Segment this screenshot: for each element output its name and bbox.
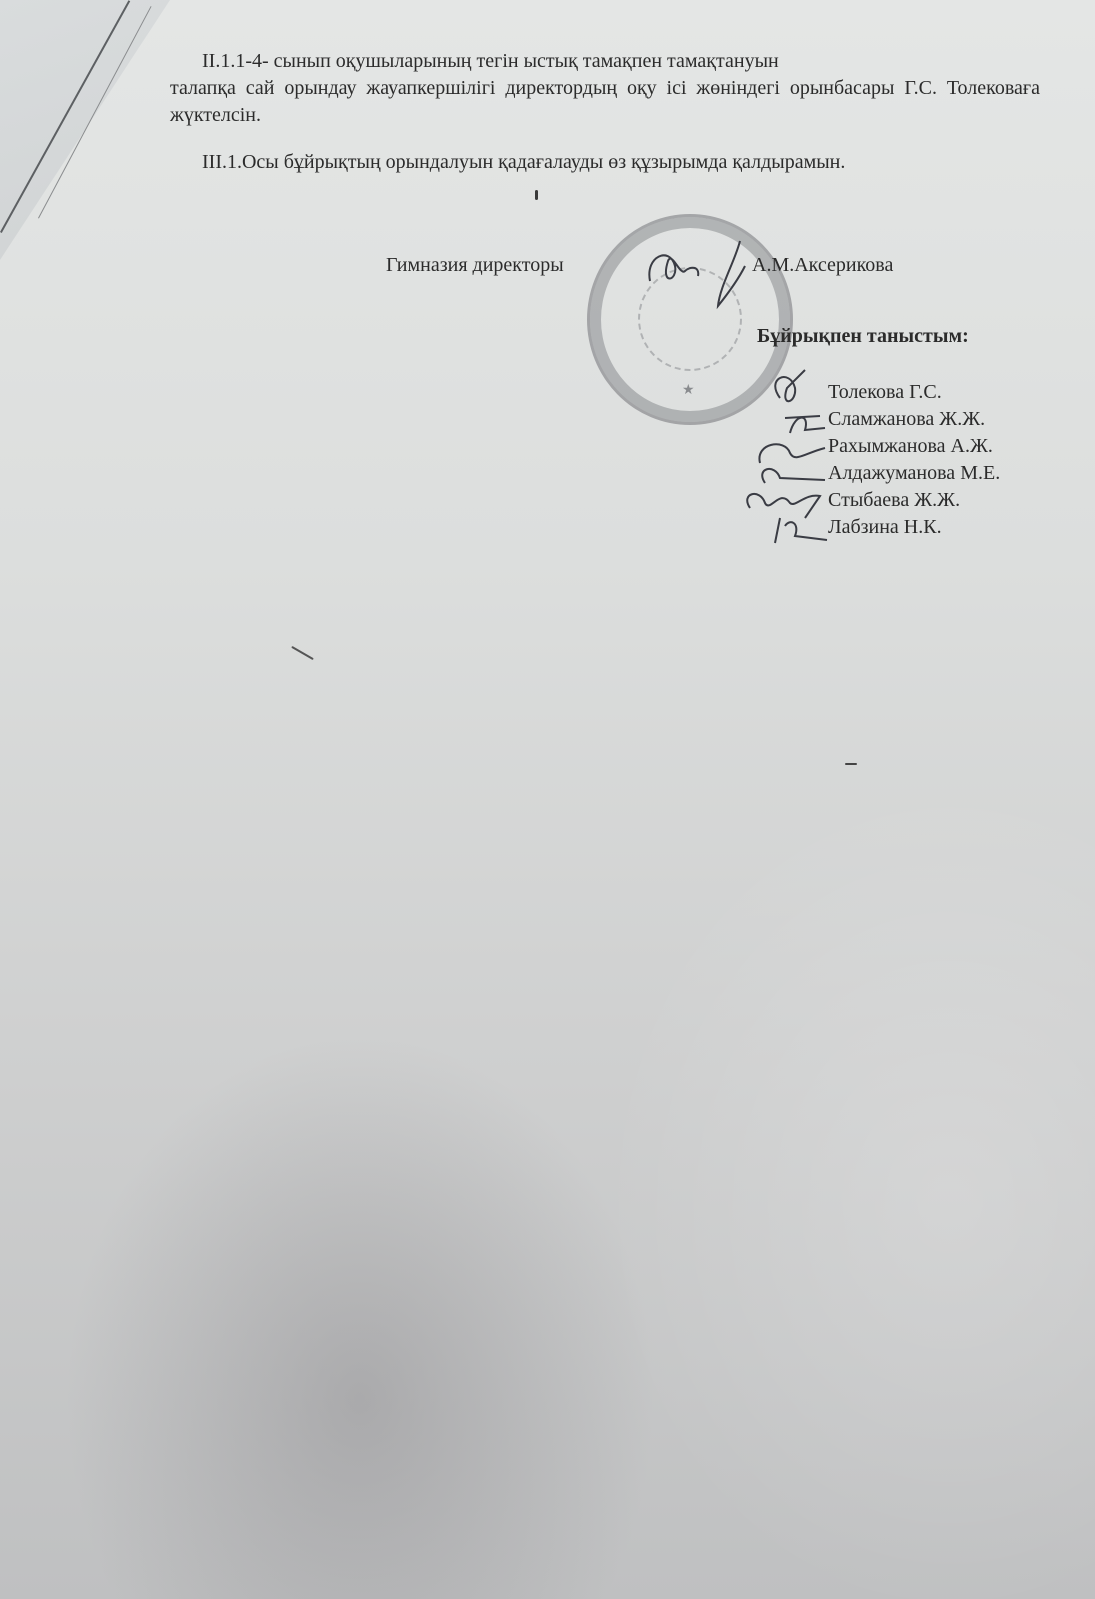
paper-speck (291, 646, 314, 660)
acknowledgement-title: Бұйрықпен таныстым: (757, 325, 969, 348)
director-signature-line: Гимназия директоры А.М.Аксерикова (386, 254, 564, 277)
director-title: Гимназия директоры (386, 254, 564, 276)
section-2-line1: II.1.1-4- сынып оқушыларының тегін ыстық… (170, 48, 1040, 75)
list-item: Рахымжанова А.Ж. (828, 433, 1000, 460)
list-item: Стыбаева Ж.Ж. (828, 487, 1000, 514)
acknowledgement-signatures-icon (735, 368, 835, 558)
paper-speck (535, 190, 538, 200)
list-item: Алдажуманова М.Е. (828, 460, 1000, 487)
section-2-text: талапқа сай орындау жауапкершілігі дирек… (170, 75, 1040, 129)
section-3-text: III.1.Осы бұйрықтың орындалуын қадағалау… (202, 151, 845, 173)
section-2-line1-text: II.1.1-4- сынып оқушыларының тегін ыстық… (202, 50, 779, 72)
document-body: II.1.1-4- сынып оқушыларының тегін ыстық… (170, 48, 1040, 176)
lighting-shade (0, 0, 1095, 1599)
director-signature-icon (640, 236, 760, 316)
list-item: Сламжанова Ж.Ж. (828, 406, 1000, 433)
paper-speck (845, 763, 857, 765)
list-item: Толекова Г.С. (828, 379, 1000, 406)
list-item: Лабзина Н.К. (828, 514, 1000, 541)
director-name: А.М.Аксерикова (752, 254, 893, 277)
stamp-star-icon: ★ (682, 382, 695, 399)
section-3-paragraph: III.1.Осы бұйрықтың орындалуын қадағалау… (170, 149, 1040, 176)
acknowledgement-list: Толекова Г.С. Сламжанова Ж.Ж. Рахымжанов… (828, 379, 1000, 541)
